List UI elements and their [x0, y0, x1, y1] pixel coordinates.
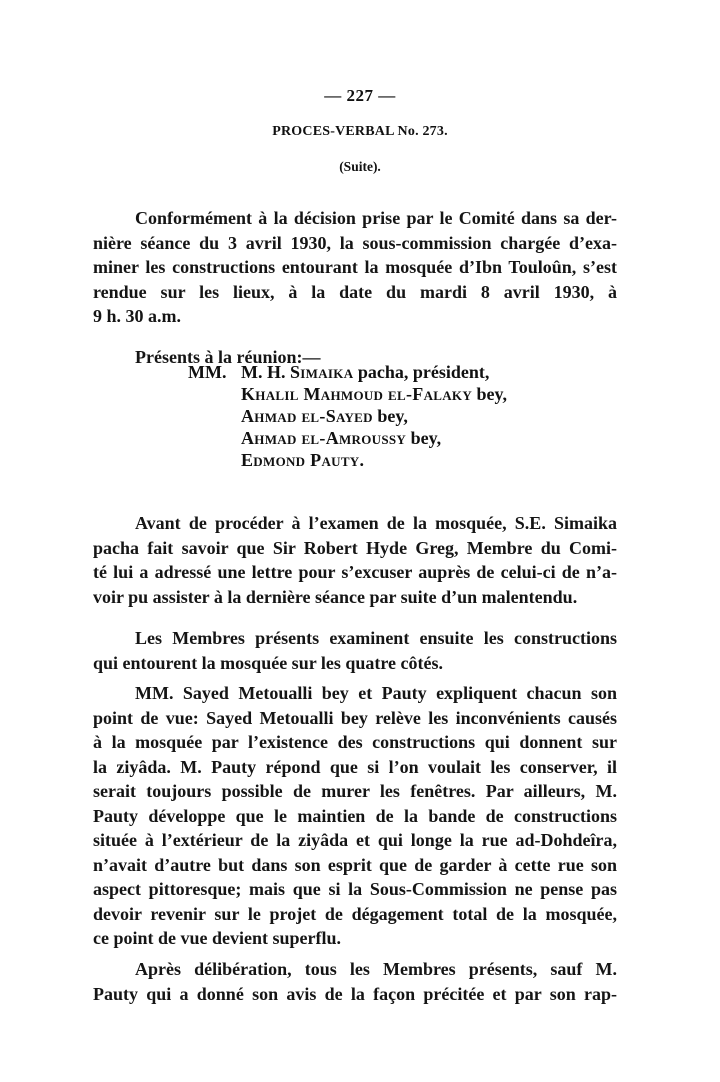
document-heading: PROCES-VERBAL No. 273.: [0, 124, 720, 140]
text-line: Conformément à la décision prise par le …: [93, 206, 617, 231]
member-surname: Simaika: [290, 362, 353, 382]
text-line: MM. Sayed Metoualli bey et Pauty expliqu…: [93, 681, 617, 706]
paragraph-5: Après délibération, tous les Membres pré…: [93, 957, 617, 1006]
paragraph-4: MM. Sayed Metoualli bey et Pauty expliqu…: [93, 681, 617, 951]
text-line: té lui a adressé une lettre pour s’excus…: [93, 560, 617, 585]
member-surname: Ahmad el-Amroussy: [241, 428, 406, 448]
text-line: Pauty développe que le maintien de la ba…: [93, 804, 617, 829]
text-line: Les Membres présents examinent ensuite l…: [93, 626, 617, 651]
members-prefix: MM.: [188, 361, 226, 383]
paragraph-2: Avant de procéder à l’examen de la mosqu…: [93, 511, 617, 609]
member-surname: Ahmad el-Sayed: [241, 406, 373, 426]
member-title: pacha, président,: [353, 362, 489, 382]
member-entry: Edmond Pauty.: [241, 449, 507, 471]
member-title: bey,: [406, 428, 441, 448]
page-number: — 227 —: [0, 86, 720, 106]
member-title: .: [359, 450, 364, 470]
text-line: serait toujours possible de murer les fe…: [93, 779, 617, 804]
member-entry: Ahmad el-Amroussy bey,: [241, 427, 507, 449]
member-title: bey,: [472, 384, 507, 404]
text-line: rendue sur les lieux, à la date du mardi…: [93, 280, 617, 305]
paragraph-3: Les Membres présents examinent ensuite l…: [93, 626, 617, 675]
text-line: nière séance du 3 avril 1930, la sous-co…: [93, 231, 617, 256]
document-page: — 227 — PROCES-VERBAL No. 273. (Suite). …: [0, 0, 720, 1082]
text-line: ce point de vue devient superflu.: [93, 926, 617, 951]
text-line: point de vue: Sayed Metoualli bey relève…: [93, 706, 617, 731]
member-surname: Khalil Mahmoud el-Falaky: [241, 384, 472, 404]
text-line: la ziyâda. M. Pauty répond que si l’on v…: [93, 755, 617, 780]
text-line: aspect pittoresque; mais que si la Sous-…: [93, 877, 617, 902]
member-entry: Ahmad el-Sayed bey,: [241, 405, 507, 427]
member-entry: Khalil Mahmoud el-Falaky bey,: [241, 383, 507, 405]
text-line: à la mosquée par l’existence des constru…: [93, 730, 617, 755]
member-surname: Edmond Pauty: [241, 450, 359, 470]
text-line: qui entourent la mosquée sur les quatre …: [93, 651, 617, 676]
member-title: bey,: [373, 406, 408, 426]
text-line: Pauty qui a donné son avis de la façon p…: [93, 982, 617, 1007]
text-line: Avant de procéder à l’examen de la mosqu…: [93, 511, 617, 536]
paragraph-1: Conformément à la décision prise par le …: [93, 206, 617, 329]
text-line: voir pu assister à la dernière séance pa…: [93, 585, 617, 610]
member-name: M. H.: [241, 362, 290, 382]
member-entry: M. H. Simaika pacha, président,: [241, 361, 507, 383]
text-line: située à l’extérieur de la ziyâda et qui…: [93, 828, 617, 853]
text-line: pacha fait savoir que Sir Robert Hyde Gr…: [93, 536, 617, 561]
text-line: n’avait d’autre but dans son esprit que …: [93, 853, 617, 878]
text-line: 9 h. 30 a.m.: [93, 304, 617, 329]
document-subheading: (Suite).: [0, 159, 720, 175]
text-line: devoir revenir sur le projet de dégageme…: [93, 902, 617, 927]
text-line: miner les constructions entourant la mos…: [93, 255, 617, 280]
text-line: Après délibération, tous les Membres pré…: [93, 957, 617, 982]
